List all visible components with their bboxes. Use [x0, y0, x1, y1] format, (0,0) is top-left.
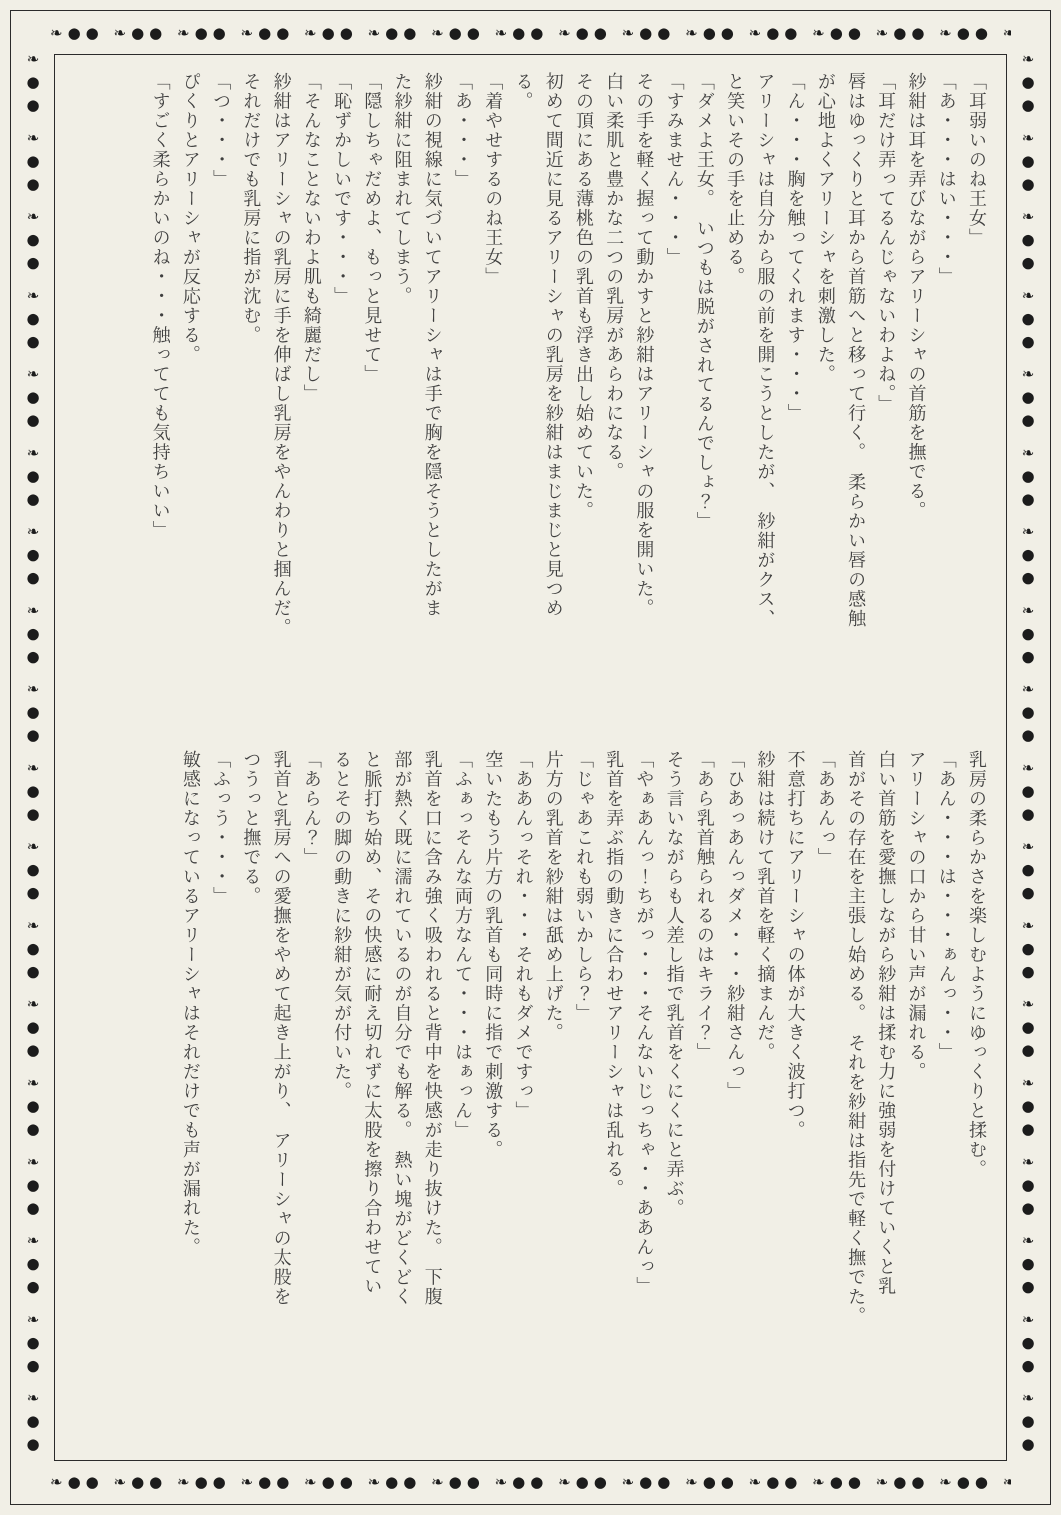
text-line: 「あ・・・」 [447, 72, 477, 740]
text-line: 不意打ちにアリーシャの体が大きく波打つ。 [779, 750, 809, 1456]
text-line: 乳首を口に含み強く吸われると背中を快感が走り抜けた。 下腹 [417, 750, 447, 1456]
text-line: 「あら乳首触られるのはキライ？」 [689, 750, 719, 1456]
text-line: 敏感になっているアリーシャはそれだけでも声が漏れた。 [175, 750, 205, 1456]
text-line: 白い首筋を愛撫しながら紗紺は揉む力に強弱を付けていくと乳 [870, 750, 900, 1456]
text-line: 「恥ずかしいです・・・」 [326, 72, 356, 740]
text-line: 紗紺はアリーシャの乳房に手を伸ばし乳房をやんわりと掴んだ。 [265, 72, 295, 740]
leaf-berry-ornament-right: ❧●● ❧●● ❧●● ❧●● ❧●● ❧●● ❧●● ❧●● ❧●● ❧●● … [1008, 50, 1048, 1465]
text-line: 「あ・・・はい・・・」 [931, 72, 961, 740]
text-line: 部が熱く既に濡れているのが自分でも解る。 熱い塊がどくどく [386, 750, 416, 1456]
text-line: 乳首を弄ぶ指の動きに合わせアリーシャは乱れる。 [598, 750, 628, 1456]
text-line: アリーシャの口から甘い声が漏れる。 [900, 750, 930, 1456]
text-line: と脈打ち始め、その快感に耐え切れずに太股を擦り合わせてい [356, 750, 386, 1456]
text-line: 白い柔肌と豊かな二つの乳房があらわになる。 [598, 72, 628, 740]
text-line: つうっと撫でる。 [235, 750, 265, 1456]
scanned-novel-page: { "page": { "background_color": "#f1efe6… [0, 0, 1061, 1515]
text-block-upper: 「耳弱いのね王女」「あ・・・はい・・・」紗紺は耳を弄びながらアリーシャの首筋を撫… [70, 72, 991, 740]
text-line: 紗紺の視線に気づいてアリーシャは手で胸を隠そうとしたがま [417, 72, 447, 740]
text-line: 紗紺は続けて乳首を軽く摘まんだ。 [749, 750, 779, 1456]
text-line: そう言いながらも人差し指で乳首をくにくにと弄ぶ。 [658, 750, 688, 1456]
text-line: 首がその存在を主張し始める。 それを紗紺は指先で軽く撫でた。 [840, 750, 870, 1456]
text-line: 「ああんっ」 [810, 750, 840, 1456]
text-line: 乳房の柔らかさを楽しむようにゆっくりと揉む。 [961, 750, 991, 1456]
text-line: 「ふっう・・・」 [205, 750, 235, 1456]
text-line: る。 [507, 72, 537, 740]
leaf-berry-ornament-bottom: ❧●● ❧●● ❧●● ❧●● ❧●● ❧●● ❧●● ❧●● ❧●● ❧●● … [50, 1462, 1011, 1502]
text-line: 空いたもう片方の乳首も同時に指で刺激する。 [477, 750, 507, 1456]
leaf-berry-ornament-top: ❧●● ❧●● ❧●● ❧●● ❧●● ❧●● ❧●● ❧●● ❧●● ❧●● … [50, 13, 1011, 53]
text-line: ぴくりとアリーシャが反応する。 [175, 72, 205, 740]
text-line: 「すごく柔らかいのね・・・触ってても気持ちいい」 [144, 72, 174, 740]
text-line: 「ああんっそれ・・・それもダメですっ」 [507, 750, 537, 1456]
text-line: 唇はゆっくりと耳から首筋へと移って行く。 柔らかい唇の感触 [840, 72, 870, 740]
text-line: 「隠しちゃだめよ、もっと見せて」 [356, 72, 386, 740]
text-line: 初めて間近に見るアリーシャの乳房を紗紺はまじまじと見つめ [537, 72, 567, 740]
text-line: と笑いその手を止める。 [719, 72, 749, 740]
text-line: それだけでも乳房に指が沈む。 [235, 72, 265, 740]
text-line: た紗紺に阻まれてしまう。 [386, 72, 416, 740]
text-line: 「あらん？」 [296, 750, 326, 1456]
text-line: 「ふぁっそんな両方なんて・・・はぁっん」 [447, 750, 477, 1456]
text-line: 乳首と乳房への愛撫をやめて起き上がり、 アリーシャの太股を [265, 750, 295, 1456]
text-content-area: 「耳弱いのね王女」「あ・・・はい・・・」紗紺は耳を弄びながらアリーシャの首筋を撫… [56, 56, 1005, 1459]
text-line: 「耳だけ弄ってるんじゃないわよね。」 [870, 72, 900, 740]
text-line: 「じゃあこれも弱いかしら？」 [568, 750, 598, 1456]
text-line: アリーシャは自分から服の前を開こうとしたが、 紗紺がクス、 [749, 72, 779, 740]
text-line: その頂にある薄桃色の乳首も浮き出し始めていた。 [568, 72, 598, 740]
leaf-berry-ornament-left: ❧●● ❧●● ❧●● ❧●● ❧●● ❧●● ❧●● ❧●● ❧●● ❧●● … [13, 50, 53, 1465]
text-line: 「やぁあんっ！ちがっ・・・そんないじっちゃ・・ああんっ」 [628, 750, 658, 1456]
text-line: 「ダメよ王女。 いつもは脱がされてるんでしょ？」 [689, 72, 719, 740]
text-line: 紗紺は耳を弄びながらアリーシャの首筋を撫でる。 [900, 72, 930, 740]
text-line: 「つ・・・」 [205, 72, 235, 740]
text-line: が心地よくアリーシャを刺激した。 [810, 72, 840, 740]
text-line: 片方の乳首を紗紺は舐め上げた。 [537, 750, 567, 1456]
text-line: 「ん・・・胸を触ってくれます・・・」 [779, 72, 809, 740]
text-line: その手を軽く握って動かすと紗紺はアリーシャの服を開いた。 [628, 72, 658, 740]
text-line: るとその脚の動きに紗紺が気が付いた。 [326, 750, 356, 1456]
text-block-lower: 乳房の柔らかさを楽しむようにゆっくりと揉む。「あん・・・は・・・ぁんっ・・」アリ… [70, 750, 991, 1456]
text-line: 「あん・・・は・・・ぁんっ・・」 [931, 750, 961, 1456]
text-line: 「耳弱いのね王女」 [961, 72, 991, 740]
text-line: 「ひあっあんっダメ・・・紗紺さんっ」 [719, 750, 749, 1456]
text-line: 「すみません・・・」 [658, 72, 688, 740]
text-line: 「着やせするのね王女」 [477, 72, 507, 740]
text-line: 「そんなことないわよ肌も綺麗だし」 [296, 72, 326, 740]
